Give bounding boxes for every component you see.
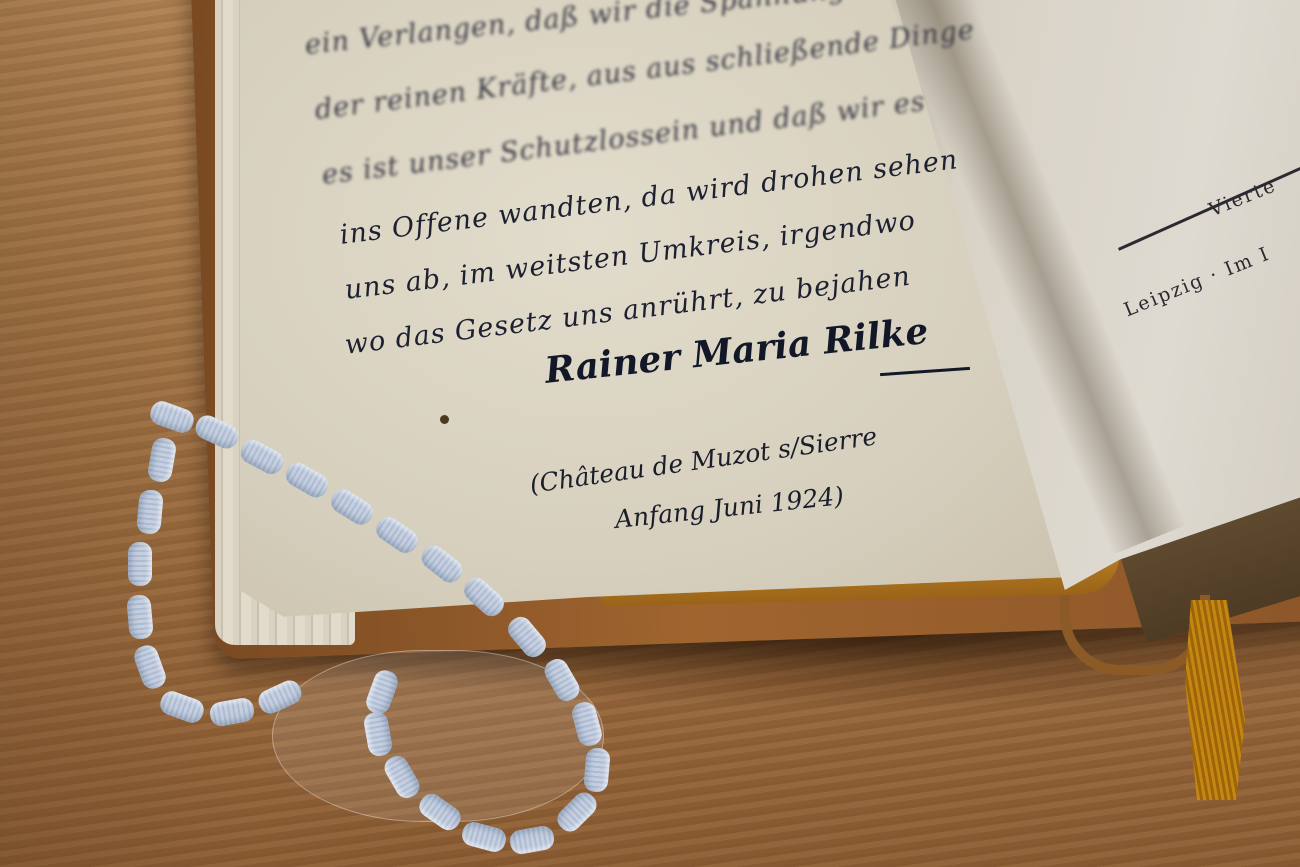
ink-spot (440, 415, 449, 424)
photo-scene: ein Verlangen, daß wir die Spannung der … (0, 0, 1300, 867)
cord-bead (128, 542, 152, 586)
cord-bead (126, 594, 154, 640)
cord-bead (136, 489, 164, 535)
cord-bead (583, 747, 611, 793)
